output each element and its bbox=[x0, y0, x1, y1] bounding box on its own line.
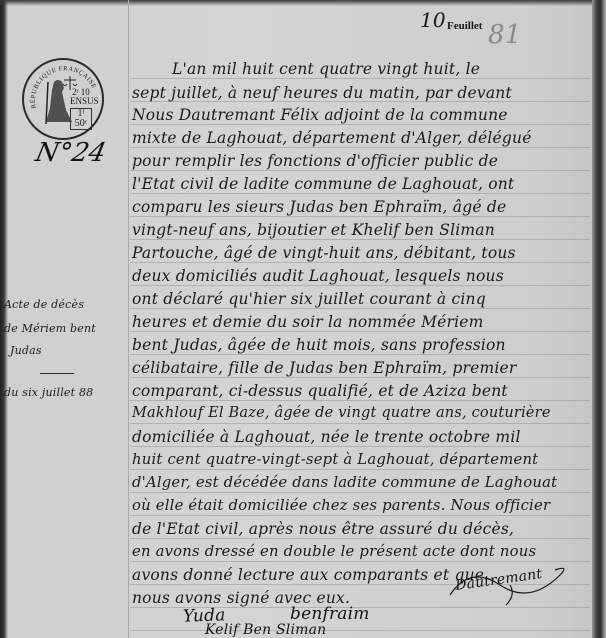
body-line: pour remplir les fonctions d'officier pu… bbox=[132, 152, 594, 170]
margin-note-date: du six juillet 88 bbox=[4, 386, 93, 399]
ruled-line bbox=[130, 239, 590, 240]
ruled-line bbox=[130, 193, 590, 194]
stamp-value-top: 2ᶠ 10 ENSUS bbox=[70, 88, 92, 106]
ruled-line bbox=[130, 262, 590, 263]
body-line: deux domiciliés audit Laghouat, lesquels… bbox=[132, 267, 594, 285]
act-number: N°24 bbox=[33, 138, 109, 168]
body-line: Partouche, âgé de vingt-huit ans, débita… bbox=[132, 244, 594, 262]
ruled-line bbox=[130, 446, 590, 447]
signature-flourish-icon bbox=[440, 555, 580, 615]
ruled-line bbox=[130, 400, 590, 401]
ruled-line bbox=[130, 423, 590, 424]
body-line: vingt-neuf ans, bijoutier et Khelif ben … bbox=[132, 221, 594, 239]
signature-benfraim: benfraim bbox=[290, 604, 370, 624]
book-binding-edge bbox=[592, 0, 606, 638]
body-line: bent Judas, âgée de huit mois, sans prof… bbox=[132, 336, 594, 354]
body-line: L'an mil huit cent quatre vingt huit, le bbox=[172, 60, 606, 78]
folio-label: Feuillet bbox=[447, 20, 482, 32]
body-line: célibataire, fille de Judas ben Ephraïm,… bbox=[132, 359, 594, 377]
scanned-register-page: 10 Feuillet 81 RÉPUBLIQUE FRANÇAISE 2ᶠ 1… bbox=[0, 0, 606, 638]
pencil-page-number: 81 bbox=[488, 20, 521, 50]
signature-khelif: Kelif Ben Sliman bbox=[205, 622, 326, 638]
body-line: d'Alger, est décédée dans ladite commune… bbox=[132, 474, 594, 491]
body-line: comparu les sieurs Judas ben Ephraïm, âg… bbox=[132, 198, 594, 216]
margin-note-line: de Mériem bent bbox=[4, 322, 96, 335]
body-line: comparant, ci-dessus qualifié, et de Azi… bbox=[132, 382, 594, 400]
folio-number: 10 bbox=[420, 8, 446, 32]
stamp-value-bottom: 1ᶠ 50ᶜ bbox=[70, 108, 92, 130]
ruled-line bbox=[130, 124, 590, 125]
body-line: huit cent quatre-vingt-sept à Laghouat, … bbox=[132, 451, 594, 468]
ruled-line bbox=[130, 216, 590, 217]
ruled-line bbox=[130, 630, 590, 631]
body-line: heures et demie du soir la nommée Mériem bbox=[132, 313, 594, 331]
body-line: ont déclaré qu'hier six juillet courant … bbox=[132, 290, 594, 308]
body-line: où elle était domiciliée chez ses parent… bbox=[132, 497, 594, 514]
body-line: domiciliée à Laghouat, née le trente oct… bbox=[132, 428, 594, 446]
ruled-line bbox=[130, 377, 590, 378]
ruled-line bbox=[130, 331, 590, 332]
ruled-line bbox=[130, 469, 590, 470]
body-line: mixte de Laghouat, département d'Alger, … bbox=[132, 129, 594, 147]
margin-note-line: Acte de décès bbox=[4, 298, 84, 311]
ruled-line bbox=[130, 147, 590, 148]
revenue-stamp-icon: RÉPUBLIQUE FRANÇAISE 2ᶠ 10 ENSUS 1ᶠ 50ᶜ bbox=[22, 58, 104, 140]
ruled-line bbox=[130, 492, 590, 493]
margin-rule-line bbox=[128, 0, 129, 638]
body-line: Makhlouf El Baze, âgée de vingt quatre a… bbox=[132, 405, 594, 421]
margin-note-line: Judas bbox=[10, 344, 42, 357]
margin-divider bbox=[40, 373, 74, 374]
scan-top-shadow bbox=[0, 0, 606, 6]
ruled-line bbox=[130, 515, 590, 516]
body-line: Nous Dautremant Félix adjoint de la comm… bbox=[132, 106, 594, 124]
body-line: sept juillet, à neuf heures du matin, pa… bbox=[132, 84, 594, 102]
ruled-line bbox=[130, 170, 590, 171]
ruled-line bbox=[130, 538, 590, 539]
ruled-line bbox=[130, 354, 590, 355]
body-line: de l'Etat civil, après nous être assuré … bbox=[132, 520, 594, 538]
ruled-line bbox=[130, 78, 590, 79]
ruled-line bbox=[130, 285, 590, 286]
ruled-line bbox=[130, 308, 590, 309]
body-line: l'Etat civil de ladite commune de Laghou… bbox=[132, 175, 594, 193]
